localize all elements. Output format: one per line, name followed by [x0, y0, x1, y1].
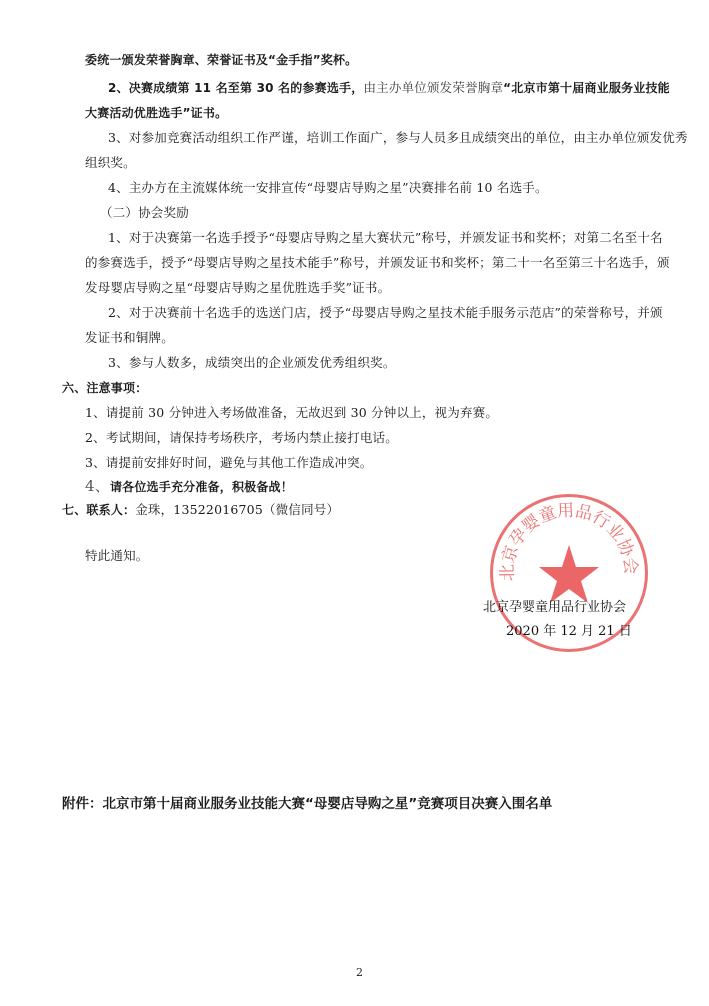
paragraph-assoc-1-cont: 的参赛选手，授予“母婴店导购之星技术能手”称号，并颁发证书和奖杯；第二十一名至第… — [85, 255, 670, 271]
subheading-association-awards: （二）协会奖励 — [100, 205, 189, 221]
paragraph-assoc-1-cont2: 发母婴店导购之星“母婴店导购之星优胜选手奖”证书。 — [85, 280, 390, 296]
notice-item-4-text: 请各位选手充分准备，积极备战！ — [110, 480, 293, 494]
notice-item-3: 3、请提前安排好时间，避免与其他工作造成冲突。 — [85, 455, 373, 471]
paragraph-award-3: 3、对参加竞赛活动组织工作严谨，培训工作面广，参与人员多且成绩突出的单位，由主办… — [108, 130, 688, 146]
signature-organization: 北京孕婴童用品行业协会 — [483, 596, 626, 615]
paragraph-award-2: 2、决赛成绩第 11 名至第 30 名的参赛选手，由主办单位颁发荣誉胸章“北京市… — [108, 80, 670, 96]
paragraph-assoc-1: 1、对于决赛第一名选手授予“母婴店导购之星大赛状元”称号，并颁发证书和奖杯；对第… — [108, 230, 663, 246]
award-2-title: “北京市第十届商业服务业技能 — [503, 81, 670, 95]
section-6-heading: 六、注意事项： — [62, 380, 147, 396]
paragraph-award-3-cont: 组织奖。 — [85, 155, 136, 171]
notice-item-1: 1、请提前 30 分钟进入考场做准备，无故迟到 30 分钟以上，视为弃赛。 — [85, 405, 498, 421]
award-2-text: 由主办单位颁发荣誉胸章 — [363, 80, 503, 95]
section-7-heading: 七、联系人： — [62, 503, 135, 517]
notice-item-4-number: 4、 — [85, 477, 110, 495]
closing-text: 特此通知。 — [85, 548, 149, 564]
notice-item-2: 2、考试期间，请保持考场秩序，考场内禁止接打电话。 — [85, 430, 398, 446]
paragraph-award-4: 4、主办方在主流媒体统一安排宣传“母婴店导购之星”决赛排名前 10 名选手。 — [108, 180, 548, 196]
paragraph-assoc-2-cont: 发证书和铜牌。 — [85, 330, 174, 346]
signature-date: 2020 年 12 月 21 日 — [506, 620, 632, 639]
paragraph-assoc-2: 2、对于决赛前十名选手的选送门店，授予“母婴店导购之星技术能手服务示范店”的荣誉… — [108, 305, 663, 321]
paragraph-award-2-cont: 大赛活动优胜选手”证书。 — [85, 105, 227, 121]
section-7-contact: 七、联系人：金珠，13522016705（微信同号） — [62, 502, 339, 518]
notice-item-4: 4、请各位选手充分准备，积极备战！ — [85, 478, 293, 495]
award-2-bold: 2、决赛成绩第 11 名至第 30 名的参赛选手， — [108, 81, 363, 95]
paragraph-assoc-3: 3、参与人数多，成绩突出的企业颁发优秀组织奖。 — [108, 355, 396, 371]
attachment-title: 附件：北京市第十届商业服务业技能大赛“母婴店导购之星”竞赛项目决赛入围名单 — [62, 792, 552, 812]
contact-info: 金珠，13522016705（微信同号） — [135, 502, 339, 517]
page-number: 2 — [356, 966, 363, 979]
paragraph-award-cup: 委统一颁发荣誉胸章、荣誉证书及“金手指”奖杯。 — [85, 52, 357, 68]
